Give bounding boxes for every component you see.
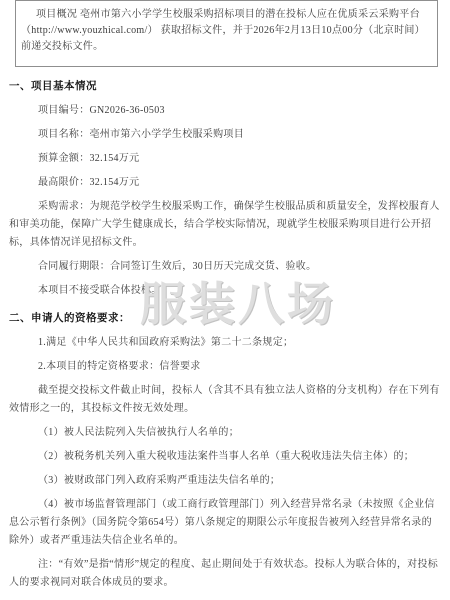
qualification-item-1: 1.满足《中华人民共和国政府采购法》第二十二条规定；	[9, 334, 440, 352]
project-overview-text: 项目概况 亳州市第六小学学生校服采购招标项目的潜在投标人应在优质采云采购平台（h…	[21, 9, 425, 52]
section2-heading: 二、申请人的资格要求：	[9, 310, 440, 325]
consortium-restriction: 本项目不接受联合体投标。	[9, 282, 440, 300]
contract-period: 合同履行期限：合同签订生效后，30日历天完成交货、验收。	[9, 258, 440, 276]
max-price: 最高限价：32.154万元	[9, 174, 440, 192]
budget-amount: 预算金额：32.154万元	[9, 150, 440, 168]
invalid-condition-1: （1）被人民法院列入失信被执行人名单的；	[9, 424, 440, 442]
project-number: 项目编号：GN2026-36-0503	[9, 102, 440, 120]
invalid-condition-2: （2）被税务机关列入重大税收违法案件当事人名单（重大税收违法失信主体）的；	[9, 448, 440, 466]
document-page: 服装八场 项目概况 亳州市第六小学学生校服采购招标项目的潜在投标人应在优质采云采…	[0, 0, 450, 600]
procurement-requirements: 采购需求：为规范学校学生校服采购工作，确保学生校服品质和质量安全，发挥校服育人和…	[9, 198, 440, 252]
project-overview-box: 项目概况 亳州市第六小学学生校服采购招标项目的潜在投标人应在优质采云采购平台（h…	[15, 0, 438, 67]
project-name: 项目名称：亳州市第六小学学生校服采购项目	[9, 126, 440, 144]
validity-note: 注：“有效”是指“情形”规定的程度、起止期间处于有效状态。投标人为联合体的，对投…	[9, 556, 440, 592]
invalid-condition-3: （3）被财政部门列入政府采购严重违法失信名单的；	[9, 472, 440, 490]
section1-heading: 一、项目基本情况	[9, 78, 440, 93]
invalid-condition-4: （4）被市场监督管理部门（或工商行政管理部门）列入经营异常名录（未按照《企业信息…	[9, 496, 440, 550]
document-body: 一、项目基本情况 项目编号：GN2026-36-0503 项目名称：亳州市第六小…	[0, 78, 450, 592]
qualification-item-2: 2.本项目的特定资格要求：信誉要求	[9, 358, 440, 376]
invalid-conditions-intro: 截至提交投标文件截止时间，投标人（含其不具有独立法人资格的分支机构）存在下列有效…	[9, 382, 440, 418]
